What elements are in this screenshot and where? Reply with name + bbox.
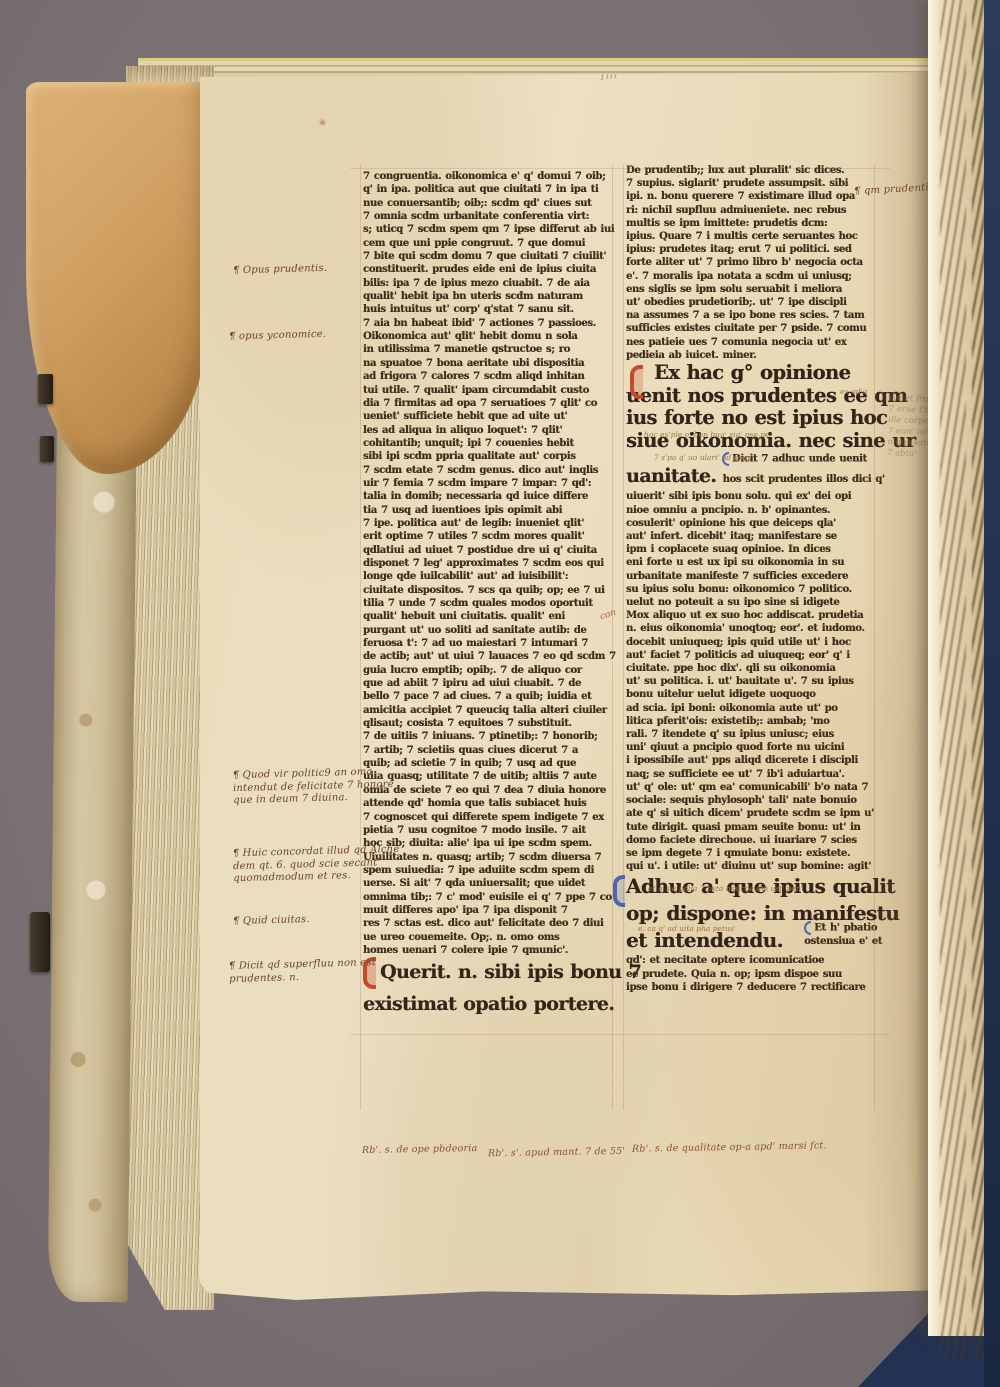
left-column-lines: 7 congruentia. oikonomica e' q' domui 7 … <box>363 170 617 957</box>
text-line: 7 congruentia. oikonomica e' q' domui 7 … <box>363 170 617 183</box>
text-line: tilia 7 unde 7 scdm quales modos oportui… <box>363 597 617 610</box>
text-line: ius forte no est ipius hoc <box>626 407 880 430</box>
text-line: de actib; aut' ut uiui 7 lauaces 7 eo qd… <box>363 650 617 663</box>
text-line: longe qde iuilcabilit' aut' ad iuisibili… <box>363 570 617 583</box>
text-line: ens siglis se ipm solu seruabit i melior… <box>626 283 880 296</box>
red-paraph-icon <box>630 365 643 399</box>
text-line: 7 aia bn habeat ibid' 7 actiones 7 passi… <box>363 317 617 330</box>
page-stain <box>320 120 325 125</box>
text-line: ¶ opus yconomice. <box>229 329 327 344</box>
text-line: sibi ipi scdm ppria qualitate aut' corpi… <box>363 450 617 463</box>
text-line: in utilissima 7 manetie qstructoe s; ro <box>363 343 617 356</box>
text-line: ciuitate dispositos. 7 scs qa quib; op; … <box>363 584 617 597</box>
text-line: Oikonomica aut' qlit' hebit domu n sola <box>363 330 617 343</box>
text-line: aut' faciet 7 politicis ad uiuqueq; eor'… <box>626 649 880 662</box>
text-line: naq; se sufficiete ee ut' 7 ib'i aduiart… <box>626 768 880 781</box>
text-line: ipse bonu i dirigere 7 deducere 7 rectif… <box>626 981 880 994</box>
text-line: uerse. Si ait' 7 qda uniuersalit; que ui… <box>363 877 617 890</box>
text-line: attende qd' homia que talis subiacet hui… <box>363 797 617 810</box>
text-line: ipius. Quare 7 i multis certe seruantes … <box>626 230 880 243</box>
display-text: Querit. n. sibi ipis bonu 7 <box>380 961 641 983</box>
display-text: existimat opatio portere. <box>363 993 614 1015</box>
text-line: cosulerit' opinione his que deiceps qla' <box>626 517 880 530</box>
text-line: que ad abiit 7 ipiru ad uiui ciuabit. 7 … <box>363 677 617 690</box>
blue-paraph-icon <box>804 921 811 935</box>
text-line: tute dirigit. quasi pmam seuite bonu: ut… <box>626 821 880 834</box>
interlinear-gloss: et q' ue polia 7 pxta qssicoe dm ust' pe… <box>648 884 803 893</box>
interlinear-gloss: 7 s'pa q' uo ulari' ad displi' <box>654 453 756 462</box>
text-line: huis intuitus ut' corp' q'stat 7 sanu si… <box>363 303 617 316</box>
text-line: 7 de uitiis 7 iniuans. 7 ptinetib;: 7 ho… <box>363 730 617 743</box>
clasp-icon <box>30 912 50 972</box>
text-line: sociale: sequis phylosoph' tali' nate bo… <box>626 794 880 807</box>
text-line: ri: nichil supfluu admiueniete. nec rebu… <box>626 204 880 217</box>
margin-note: ¶ opus yconomice. <box>229 329 327 344</box>
text-line: dia 7 firmitas ad opa 7 seruatioes 7 qli… <box>363 397 617 410</box>
text-line: cohitantib; unquit; ipi 7 couenies hebit <box>363 437 617 450</box>
text-line: spem suiuedia: 7 ipe aduiite scdm spem d… <box>363 864 617 877</box>
text-line: uiuerit' sibi ipis bonu solu. qui ex' de… <box>626 490 880 503</box>
text-line: ipi. n. bonu querere 7 existimare illud … <box>626 190 880 203</box>
text-line: 7 ipe. politica aut' de legib: inueniet … <box>363 517 617 530</box>
text-line: Ex hac g° opinione <box>626 362 880 385</box>
clasp-icon <box>38 374 53 404</box>
text-line: uir 7 femia 7 scdm impare 7 impar: 7 qd'… <box>363 477 617 490</box>
book-cover-right <box>984 0 1000 1387</box>
text-line: s; uticq 7 scdm spem qm 7 ipse differut … <box>363 223 617 236</box>
text-line: omia de sciete 7 eo qui 7 dea 7 diuia ho… <box>363 784 617 797</box>
text-line: De prudentib;; lux aut pluralit' sic dic… <box>626 164 880 177</box>
text-line: docebit uniuqueq; ipis quid utile ut' i … <box>626 636 880 649</box>
text-line: disponet 7 leg' approximates 7 scdm eos … <box>363 557 617 570</box>
text-line: ipm i coplacete suaq opinioe. In dices <box>626 543 880 556</box>
text-line: forte aliter ut' 7 primo libro b' negoci… <box>626 256 880 269</box>
text-line: ut' q' ole: ut' qm ea' comunicabili' b'o… <box>626 781 880 794</box>
text-line: 7 omnia scdm urbanitate conferentia virt… <box>363 210 617 223</box>
text-line: tui utile. 7 qualit' ipam circumdabit cu… <box>363 384 617 397</box>
text-line: les ad aliqua in aliquo loquet': 7 qlit' <box>363 424 617 437</box>
text-line: qlisaut; cosista 7 equitoes 7 substituit… <box>363 717 617 730</box>
left-page: Im 7 congruentia. oikonomica e' q' domui… <box>200 72 942 1300</box>
text-line: qui u'. i utile: ut' diuinu ut' sup bomi… <box>626 860 880 873</box>
curled-text-column <box>940 0 966 1360</box>
text-line: ue ureo couemeite. Op;. n. omo oms <box>363 931 617 944</box>
margin-note: ¶ Quod vir politic9 an omaintendut de fe… <box>233 766 395 808</box>
text-line: talia in domib; necessaria qd iuice diff… <box>363 490 617 503</box>
margin-note: ¶ Dicit qd superfluu non estprudentes. n… <box>229 957 377 986</box>
text-line: bonu uitelur uelut idigete uoquoqo <box>626 688 880 701</box>
text-line: multis se ipm imittete: prudetis dcm: <box>626 217 880 230</box>
blue-paraph-icon <box>613 875 625 907</box>
right-column-top-lines: De prudentib;; lux aut pluralit' sic dic… <box>626 164 880 362</box>
margin-note: ¶ Opus prudentis. <box>233 263 328 278</box>
text-line: feruosa t': 7 ad uo maiestari 7 intumari… <box>363 637 617 650</box>
text-line: Mox aliquo ut ex suo hoc addiscat. prude… <box>626 609 880 622</box>
text-line: eni forte u est ux ipi su oikonomia in s… <box>626 556 880 569</box>
bottom-annotation: Rb'. s. de qualitate op-a apd' marsi fct… <box>632 1140 827 1154</box>
text-line: e'. 7 moralis ipa notata a scdm ui unius… <box>626 270 880 283</box>
text-line: hoc sib; diuita: alie' ipa ui ipe scdm s… <box>363 837 617 850</box>
text-line: nioe omniu a pncipio. n. b' opinantes. <box>626 504 880 517</box>
text-line: Uiuilitates n. quasq; artib; 7 scdm diue… <box>363 851 617 864</box>
text-line: guia lucro emptib; opib;. 7 de aliquo co… <box>363 664 617 677</box>
right-column-bottom-lines: qd': et necitate optere icomunicatioeee … <box>626 954 880 994</box>
text-line: ad scia. ipi boni: oikonomia aute ut' po <box>626 702 880 715</box>
right-column-mid-lines: uiuerit' sibi ipis bonu solu. qui ex' de… <box>626 490 880 873</box>
bottom-annotation: Rb'. s'. apud mant. 7 de 55' <box>488 1146 625 1159</box>
text-line: bello 7 pace 7 ad ciues. 7 a quib; iuidi… <box>363 690 617 703</box>
text-line: ¶ Opus prudentis. <box>233 263 328 278</box>
text-line: na spuatoe 7 bona aeritate ubi dispositi… <box>363 357 617 370</box>
text-line: se ipm degete 7 i qmuiate bonu: existete… <box>626 847 880 860</box>
text-line: ipius: prudetes itaq; erut 7 ui politici… <box>626 243 880 256</box>
text-line: 7 supius. siglarit' prudete assumpsit. s… <box>626 177 880 190</box>
text-line: su ipius solu bonu: oikonomico 7 politic… <box>626 583 880 596</box>
rubricated-line: Querit. n. sibi ipis bonu 7 <box>363 957 617 989</box>
text-line: rali. 7 itendete q' su ipius uniusc; eiu… <box>626 728 880 741</box>
text-line: pietia 7 usu cognitoe 7 modo insile. 7 a… <box>363 824 617 837</box>
text-line: constituerit. prudes eide eni de ipius c… <box>363 263 617 276</box>
text-line: ad frigora 7 calores 7 scdm aliqd inhita… <box>363 370 617 383</box>
text-line: n. eius oikonomia' unoqtoq; eor'. et iud… <box>626 622 880 635</box>
text-line: urbanitate manifeste 7 sufficies exceder… <box>626 570 880 583</box>
page-edge-highlight <box>928 0 939 1336</box>
text-line: q' in ipa. politica aut que ciuitati 7 i… <box>363 183 617 196</box>
text-line: erit optime 7 utiles 7 scdm mores qualit… <box>363 530 617 543</box>
text-line: ueniet' sufficiete hebit que ad uite ut' <box>363 410 617 423</box>
text-line: 7 bite qui scdm domu 7 que ciuitati 7 ci… <box>363 250 617 263</box>
text-line: na assumes 7 a se ipo bone res scies. 7 … <box>626 309 880 322</box>
text-line: sufficies existes ciuitate per 7 pside. … <box>626 322 880 335</box>
text-line: qualit' hebit ipa bn uteris scdm naturam <box>363 290 617 303</box>
text-line: purgant ut' uo soliti ad sanitate autib:… <box>363 624 617 637</box>
text-line: uni' qiuut a pncipio quod forte nu uicin… <box>626 741 880 754</box>
ruling-line <box>350 1034 890 1035</box>
text-line: res 7 sctas est. dico aut' felicitate de… <box>363 917 617 930</box>
text-line: 7 artib; 7 scietiis quas ciues dicerut 7… <box>363 744 617 757</box>
text-line: uiia quasq; utilitate 7 de uitib; altiis… <box>363 770 617 783</box>
text-line: 7 scdm etate 7 scdm genus. dico aut' inq… <box>363 464 617 477</box>
text-line: bilis: ipa 7 de ipius mezo ciuabit. 7 de… <box>363 277 617 290</box>
margin-note: ¶ Quid ciuitas. <box>233 914 310 929</box>
margin-note: ¶ Huic concordat illud qd Alchedem qt. 6… <box>233 844 401 886</box>
vanitate-word: uanitate. <box>626 465 716 487</box>
text-line: aut' infert. dicebit' itaq; manifestare … <box>626 530 880 543</box>
text-line: 7 cognoscet qui differete spem indigete … <box>363 811 617 824</box>
text-line: cem que uni ppie congruut. 7 que domui <box>363 237 617 250</box>
text-line: amicitia accipiet 7 queuciq talia alteri… <box>363 704 617 717</box>
text-line: litica pferit'ois: existetib;: ambab; 'm… <box>626 715 880 728</box>
text-line: ¶ Quid ciuitas. <box>233 914 310 929</box>
text-line: quib; ad scietie 7 in quib; 7 usq ad que <box>363 757 617 770</box>
interlinear-gloss: hoc ex'ple o. bon bug' sig' pse pe <box>644 430 769 439</box>
text-line: nes patieie ues 7 comunia negocia ut' ex <box>626 336 880 349</box>
text-line: ee prudete. Quia n. op; ipsm dispoe suu <box>626 968 880 981</box>
text-line: homes uenari 7 colere ipie 7 qmunic'. <box>363 944 617 957</box>
leather-binding-corner <box>26 82 208 474</box>
text-line: nue conuersantib; oib;: scdm qd' ciues s… <box>363 197 617 210</box>
text-line: omnima tib;: 7 c' mod' euisile ei q' 7 p… <box>363 891 617 904</box>
text-column-right: De prudentib;; lux aut pluralit' sic dic… <box>626 164 880 994</box>
text-line: muit differes apo' ipa 7 ipa disponit 7 <box>363 904 617 917</box>
text-line: qualit' hebuit uni ciuitatis. qualit' en… <box>363 610 617 623</box>
manuscript-photo: Im 7 congruentia. oikonomica e' q' domui… <box>0 0 1000 1387</box>
text-line: tia 7 usq ad iuentioes ipis opimit abi <box>363 504 617 517</box>
text-line: ut' su politica. i. ut' bauitate u'. 7 s… <box>626 675 880 688</box>
interlinear-gloss: e. ca q' ad uita pha petus' <box>638 924 736 933</box>
text-line: domo faciete direchoue. ui iuariare 7 sc… <box>626 834 880 847</box>
text-line: i ipossibile aut' pps aliqd dicerete i d… <box>626 754 880 767</box>
text-line: ut' obedies prudetiorib;. ut' 7 ipe disc… <box>626 296 880 309</box>
text-line: qd': et necitate optere icomunicatioe <box>626 954 880 967</box>
text-line: uelut no poteuit a su ipo sine si idiget… <box>626 596 880 609</box>
bottom-annotation: Rb'. s. de ope pbdeoria <box>362 1143 478 1156</box>
vanitate-line: uanitate. hos scit prudentes illos dici … <box>626 466 880 490</box>
clasp-icon <box>40 436 54 462</box>
text-line: ciuitate. ppe hoc dix'. qli su oikonomia <box>626 662 880 675</box>
rubricated-line: existimat opatio portere. <box>363 989 617 1020</box>
text-line: ate q' si uitich dicem' prudete scdm se … <box>626 807 880 820</box>
text-column-left: 7 congruentia. oikonomica e' q' domui 7 … <box>363 170 617 1020</box>
text-line: qdlatiui ad uiuet 7 postidue dre ui q' c… <box>363 544 617 557</box>
